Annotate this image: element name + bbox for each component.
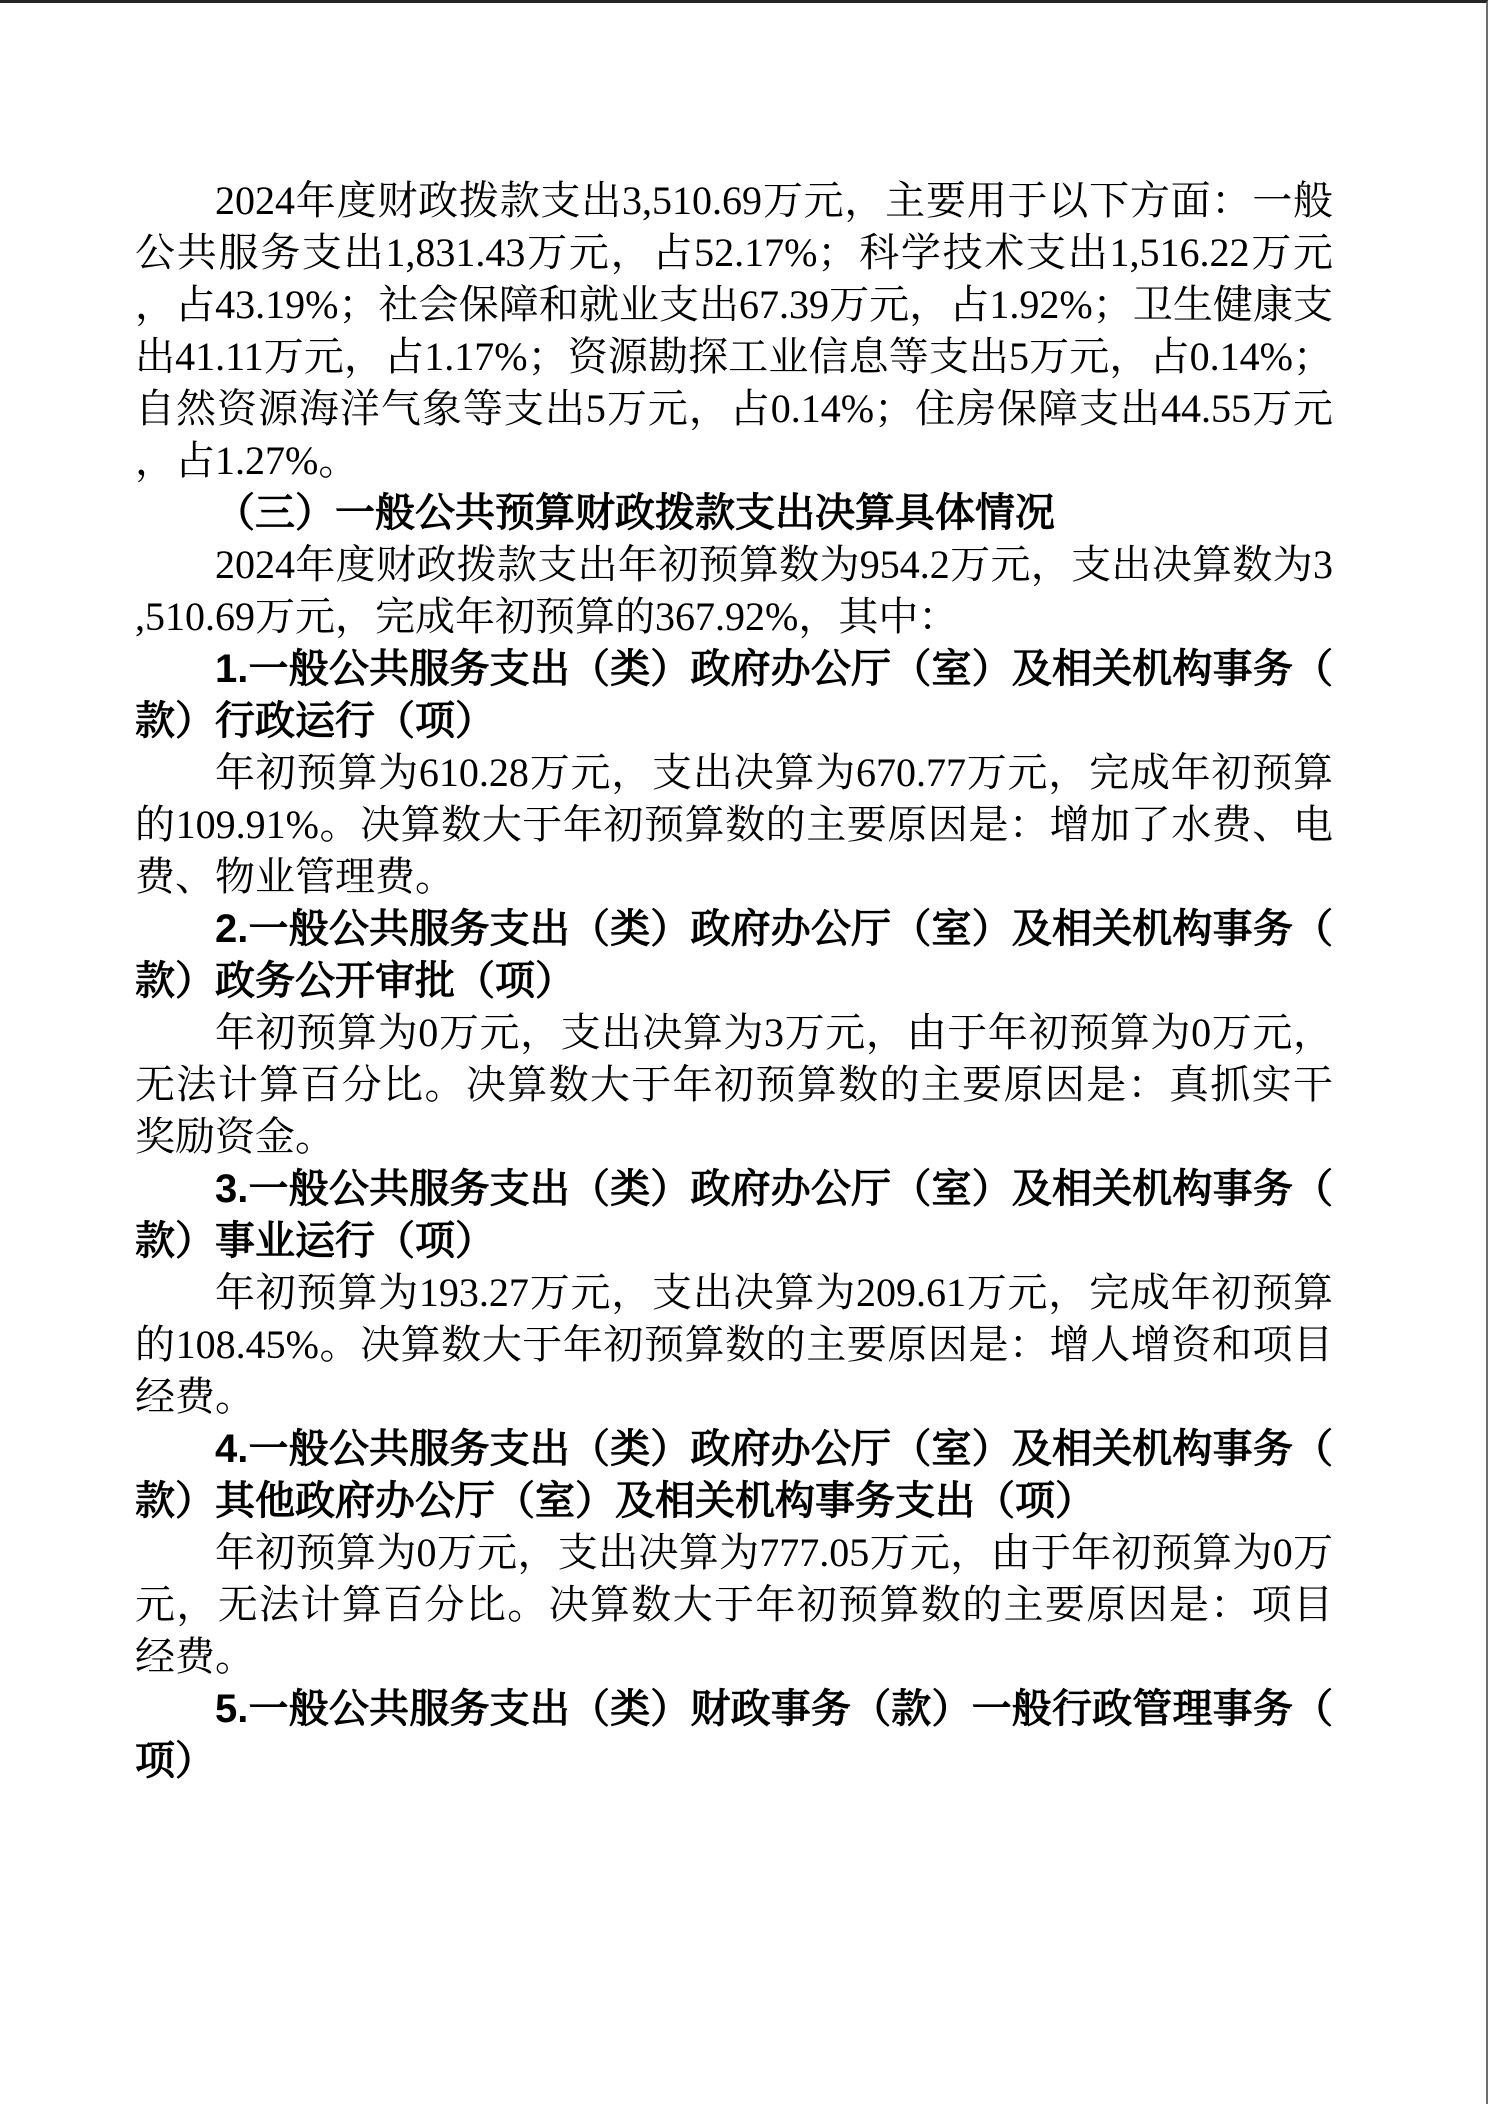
paragraph: 2024年度财政拨款支出3,510.69万元，主要用于以下方面：一般公共服务支出… bbox=[135, 175, 1333, 487]
section-heading: 1.一般公共服务支出（类）政府办公厅（室）及相关机构事务（款）行政运行（项） bbox=[135, 643, 1333, 747]
paragraph: 年初预算为0万元，支出决算为3万元，由于年初预算为0万元，无法计算百分比。决算数… bbox=[135, 1007, 1333, 1163]
section-heading: 3.一般公共服务支出（类）政府办公厅（室）及相关机构事务（款）事业运行（项） bbox=[135, 1163, 1333, 1267]
section-heading: 5.一般公共服务支出（类）财政事务（款）一般行政管理事务（项） bbox=[135, 1683, 1333, 1787]
section-heading: 2.一般公共服务支出（类）政府办公厅（室）及相关机构事务（款）政务公开审批（项） bbox=[135, 903, 1333, 1007]
paragraph: 2024年度财政拨款支出年初预算数为954.2万元，支出决算数为3,510.69… bbox=[135, 539, 1333, 643]
paragraph: 年初预算为0万元，支出决算为777.05万元，由于年初预算为0万元，无法计算百分… bbox=[135, 1527, 1333, 1683]
paragraph: 年初预算为193.27万元，支出决算为209.61万元，完成年初预算的108.4… bbox=[135, 1267, 1333, 1423]
section-heading: （三）一般公共预算财政拨款支出决算具体情况 bbox=[135, 487, 1333, 539]
document-page: 2024年度财政拨款支出3,510.69万元，主要用于以下方面：一般公共服务支出… bbox=[0, 0, 1488, 2104]
section-heading: 4.一般公共服务支出（类）政府办公厅（室）及相关机构事务（款）其他政府办公厅（室… bbox=[135, 1423, 1333, 1527]
paragraph: 年初预算为610.28万元，支出决算为670.77万元，完成年初预算的109.9… bbox=[135, 747, 1333, 903]
document-body: 2024年度财政拨款支出3,510.69万元，主要用于以下方面：一般公共服务支出… bbox=[135, 175, 1333, 1787]
